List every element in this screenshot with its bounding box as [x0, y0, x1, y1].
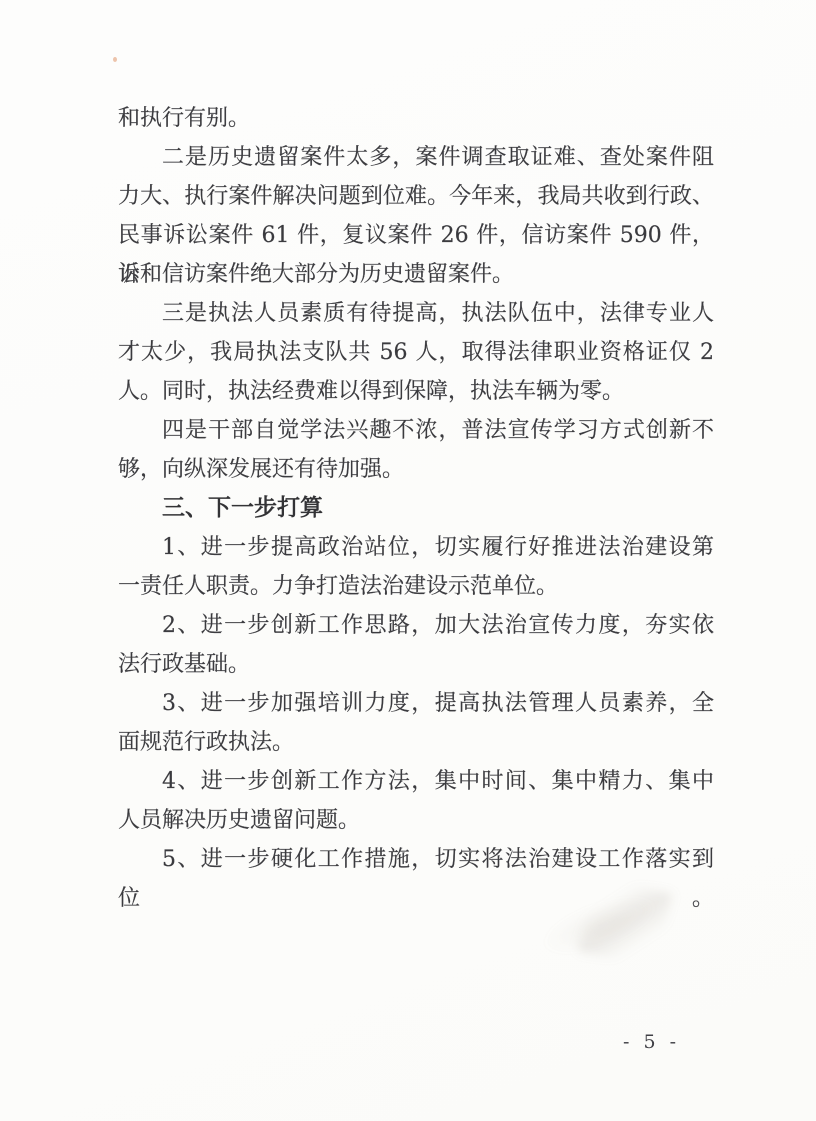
- scan-speck-artifact: [113, 57, 117, 62]
- text-line: 讼和信访案件绝大部分为历史遗留案件。: [118, 255, 714, 294]
- page-number: - 5 -: [623, 1031, 680, 1053]
- document-body: 和执行有别。二是历史遗留案件太多，案件调查取证难、查处案件阻力大、执行案件解决问…: [118, 99, 714, 879]
- text-line: 法行政基础。: [118, 645, 714, 684]
- text-line: 人。同时，执法经费难以得到保障，执法车辆为零。: [118, 372, 714, 411]
- text-line: 2、进一步创新工作思路，加大法治宣传力度，夯实依: [118, 606, 714, 645]
- text-line: 一责任人职责。力争打造法治建设示范单位。: [118, 567, 714, 606]
- text-line: 二是历史遗留案件太多，案件调查取证难、查处案件阻: [118, 138, 714, 177]
- text-line: 民事诉讼案件 61 件，复议案件 26 件，信访案件 590 件，诉: [118, 216, 714, 255]
- text-line: 力大、执行案件解决问题到位难。今年来，我局共收到行政、: [118, 177, 714, 216]
- section-heading: 三、下一步打算: [118, 489, 714, 528]
- text-line: 才太少，我局执法支队共 56 人，取得法律职业资格证仅 2: [118, 333, 714, 372]
- text-line: 3、进一步加强培训力度，提高执法管理人员素养，全: [118, 684, 714, 723]
- text-line: 5、进一步硬化工作措施，切实将法治建设工作落实到位。: [118, 840, 714, 879]
- text-line: 四是干部自觉学法兴趣不浓，普法宣传学习方式创新不: [118, 411, 714, 450]
- scanned-document-page: 和执行有别。二是历史遗留案件太多，案件调查取证难、查处案件阻力大、执行案件解决问…: [0, 0, 816, 1121]
- text-line: 1、进一步提高政治站位，切实履行好推进法治建设第: [118, 528, 714, 567]
- text-line: 够，向纵深发展还有待加强。: [118, 450, 714, 489]
- text-line: 和执行有别。: [118, 99, 714, 138]
- text-line: 三是执法人员素质有待提高，执法队伍中，法律专业人: [118, 294, 714, 333]
- text-line: 4、进一步创新工作方法，集中时间、集中精力、集中: [118, 762, 714, 801]
- text-line: 面规范行政执法。: [118, 723, 714, 762]
- text-line: 人员解决历史遗留问题。: [118, 801, 714, 840]
